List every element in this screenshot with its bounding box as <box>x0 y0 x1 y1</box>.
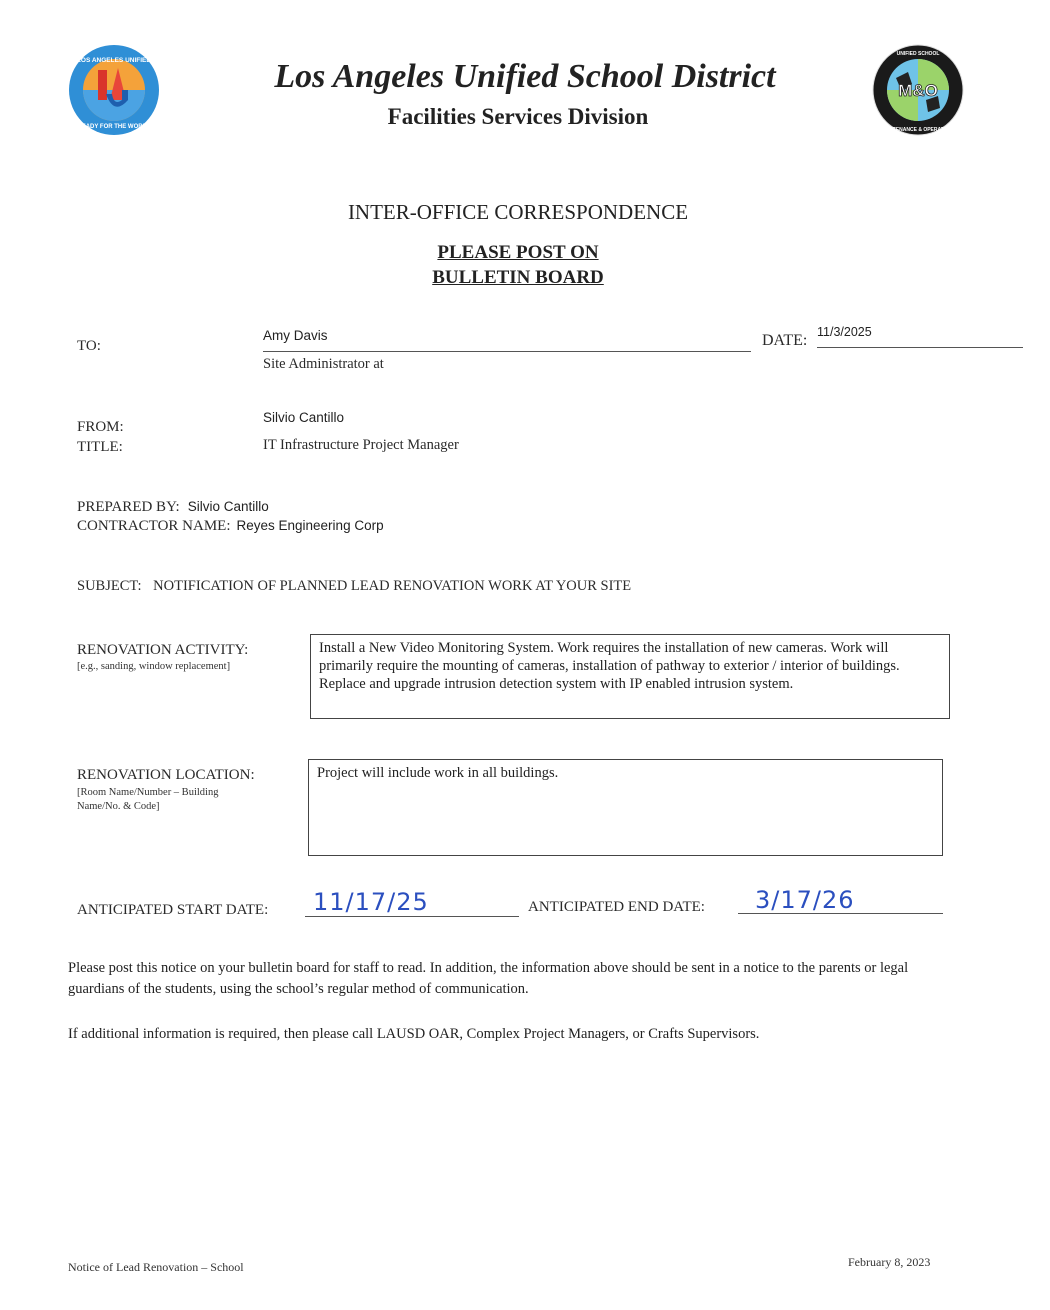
activity-value: Install a New Video Monitoring System. W… <box>319 640 900 692</box>
instructions-paragraph: Please post this notice on your bulletin… <box>68 958 948 1000</box>
activity-box: Install a New Video Monitoring System. W… <box>310 634 950 719</box>
prepared-by-row: PREPARED BY: Silvio Cantillo <box>77 498 269 516</box>
footer-revision-date: February 8, 2023 <box>848 1255 930 1270</box>
subject-value: NOTIFICATION OF PLANNED LEAD RENOVATION … <box>153 578 631 594</box>
district-title: Los Angeles Unified School District <box>0 58 1050 96</box>
location-box: Project will include work in all buildin… <box>308 759 943 856</box>
activity-label: RENOVATION ACTIVITY: <box>77 642 248 659</box>
contractor-row: CONTRACTOR NAME: Reyes Engineering Corp <box>77 517 384 535</box>
contact-paragraph: If additional information is required, t… <box>68 1024 948 1045</box>
start-date-value: 11/17/25 <box>313 888 429 916</box>
end-date-value: 3/17/26 <box>755 886 855 914</box>
post-notice-line1: PLEASE POST ON <box>0 242 1036 264</box>
location-hint-line2: Name/No. & Code] <box>77 800 160 814</box>
end-date-underline <box>738 913 943 914</box>
date-underline <box>817 347 1023 348</box>
subject-label: SUBJECT: <box>77 578 142 594</box>
prepared-by-value: Silvio Cantillo <box>188 499 269 514</box>
to-label: TO: <box>77 338 101 355</box>
location-label: RENOVATION LOCATION: <box>77 767 255 784</box>
correspondence-heading: INTER-OFFICE CORRESPONDENCE <box>0 200 1036 225</box>
from-label: FROM: <box>77 419 124 436</box>
title-label: TITLE: <box>77 439 123 456</box>
to-subtitle: Site Administrator at <box>263 356 384 373</box>
division-subtitle: Facilities Services Division <box>0 104 1036 130</box>
footer-form-name: Notice of Lead Renovation – School <box>68 1260 244 1275</box>
location-hint-line1: [Room Name/Number – Building <box>77 786 218 800</box>
date-label: DATE: <box>762 332 807 350</box>
date-value: 11/3/2025 <box>817 325 872 339</box>
start-date-underline <box>305 916 519 917</box>
subject-row: SUBJECT: NOTIFICATION OF PLANNED LEAD RE… <box>77 578 631 595</box>
from-value: Silvio Cantillo <box>263 410 344 425</box>
title-value: IT Infrastructure Project Manager <box>263 437 459 454</box>
svg-text:UNIFIED SCHOOL: UNIFIED SCHOOL <box>897 51 940 57</box>
contractor-label: CONTRACTOR NAME: <box>77 518 231 534</box>
activity-hint: [e.g., sanding, window replacement] <box>77 660 230 674</box>
to-underline <box>263 351 751 352</box>
prepared-by-label: PREPARED BY: <box>77 499 180 515</box>
contractor-value: Reyes Engineering Corp <box>237 518 384 533</box>
post-notice-line2: BULLETIN BOARD <box>0 267 1036 289</box>
end-date-label: ANTICIPATED END DATE: <box>528 899 705 916</box>
to-value: Amy Davis <box>263 328 328 343</box>
start-date-label: ANTICIPATED START DATE: <box>77 902 268 919</box>
location-value: Project will include work in all buildin… <box>317 765 558 781</box>
